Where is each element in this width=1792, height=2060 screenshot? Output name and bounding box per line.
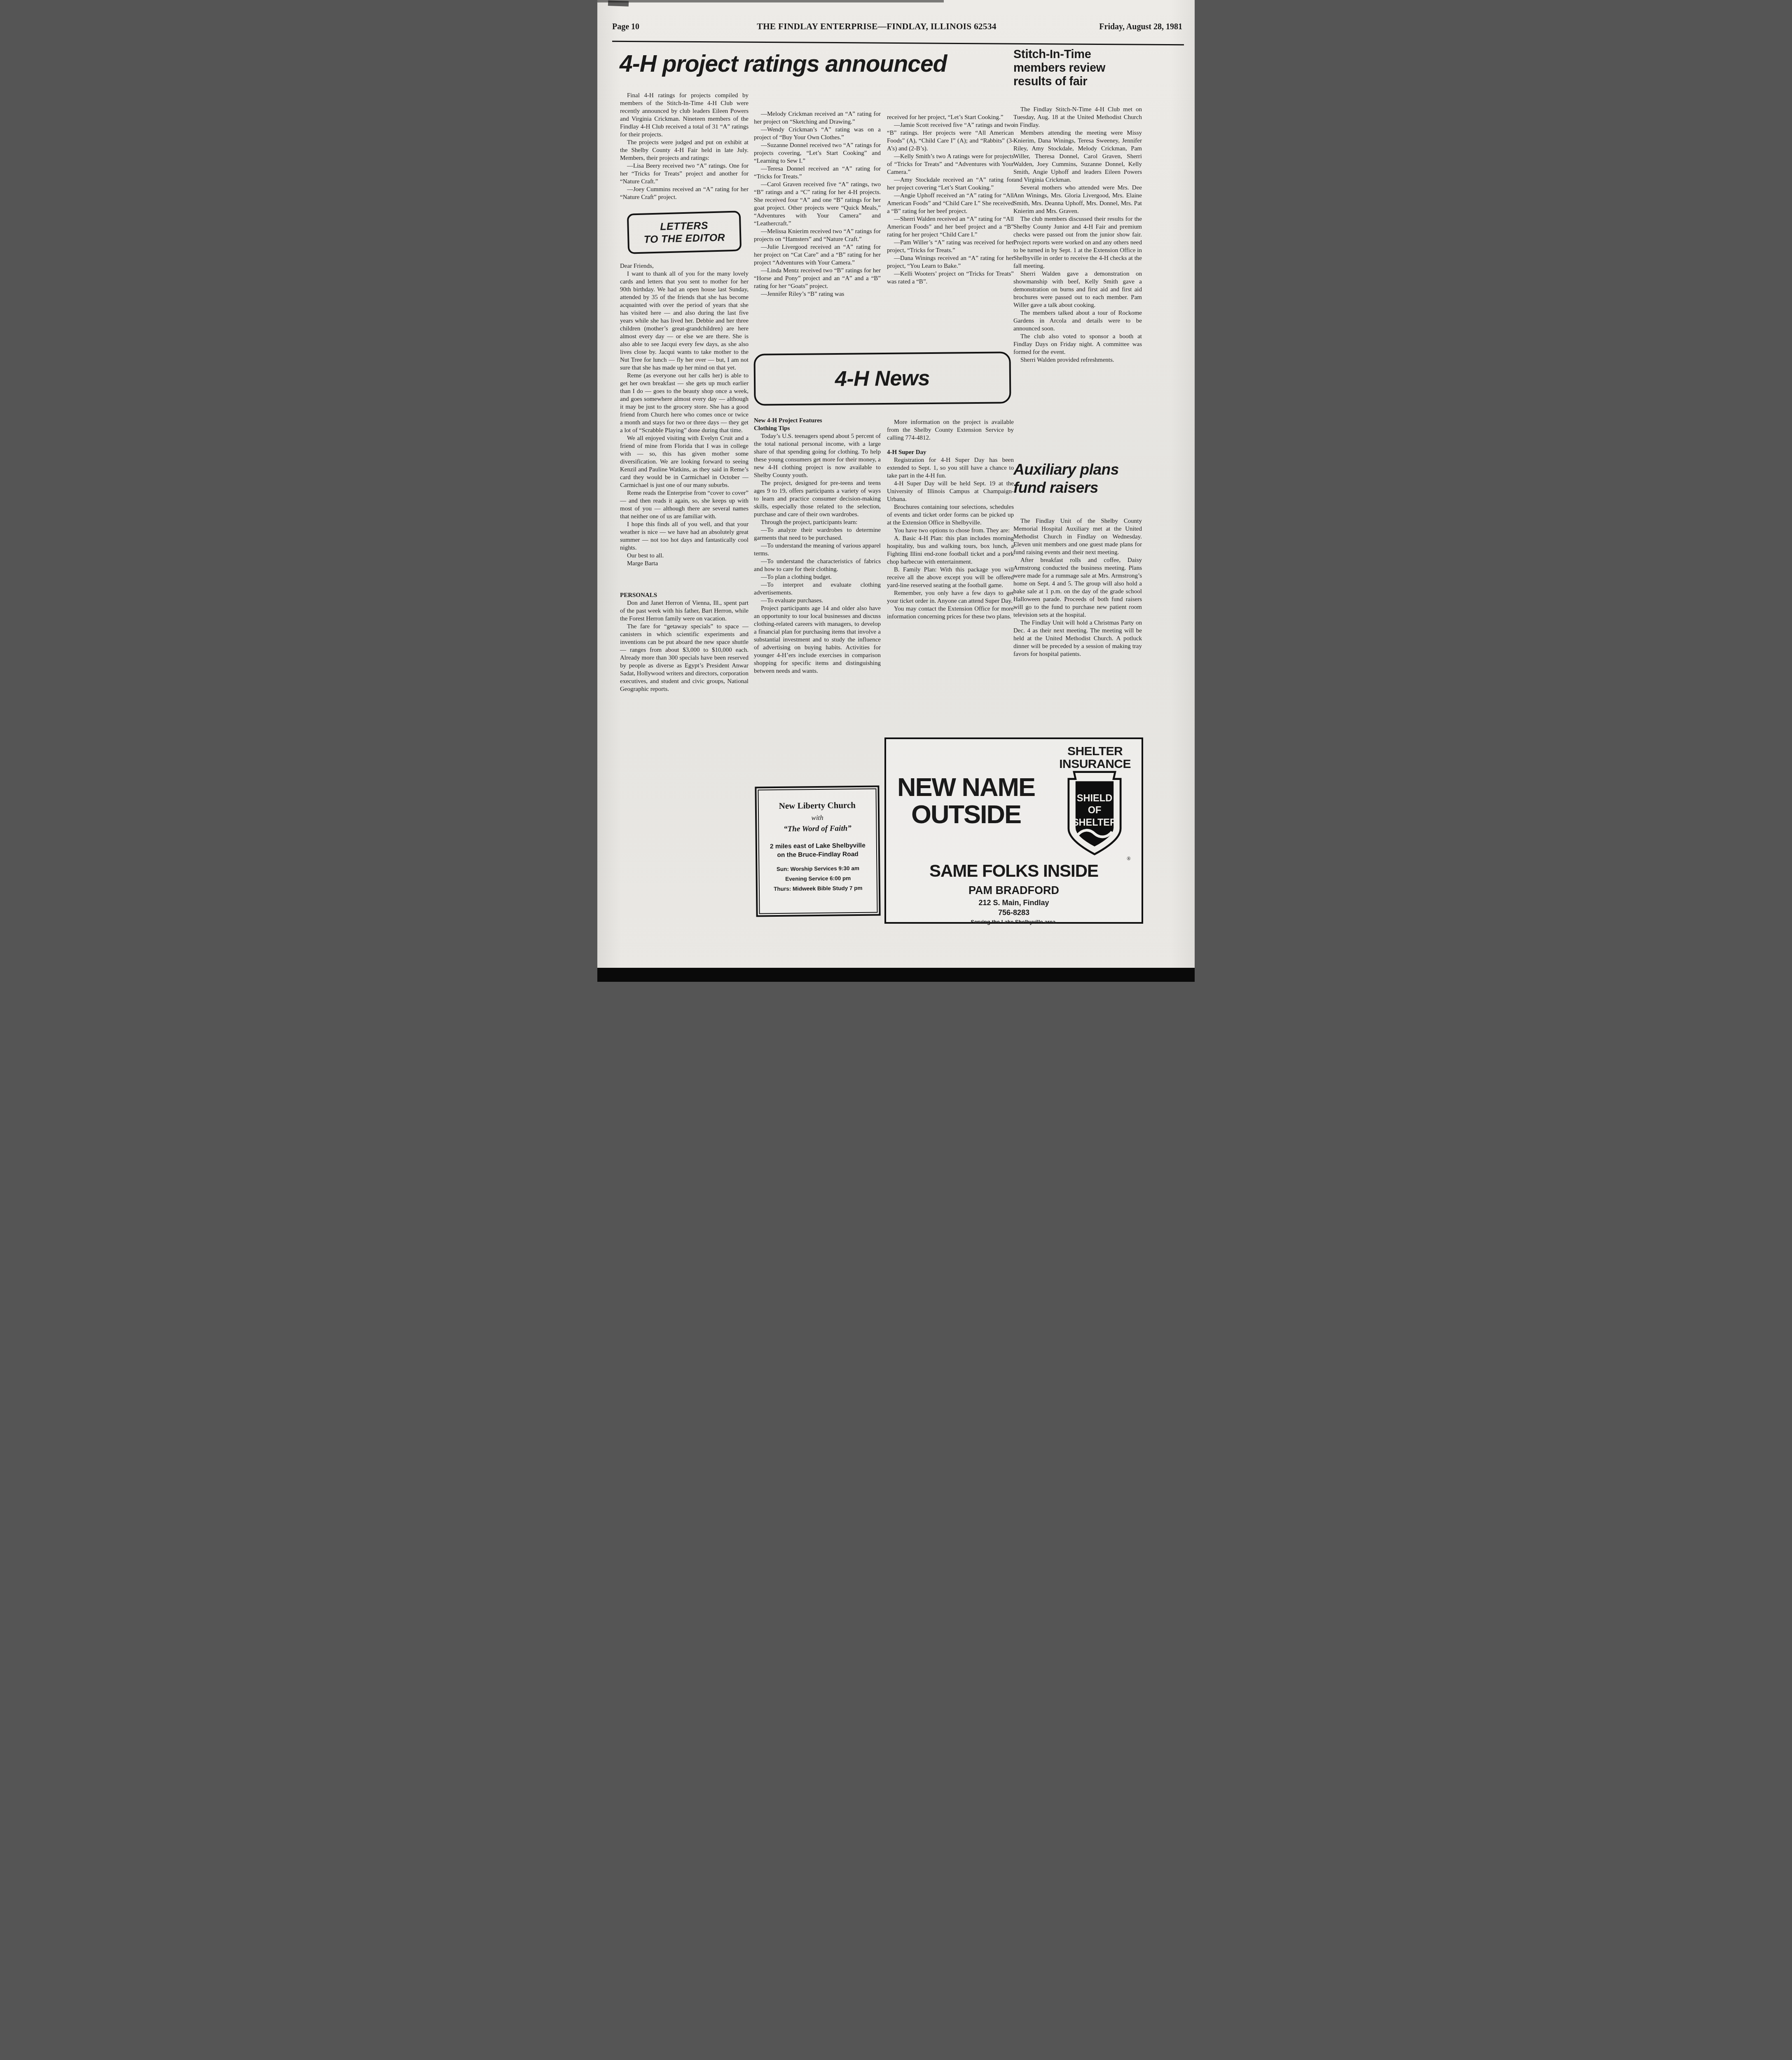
clothing-paragraph: The project, designed for pre-teens and … [754,480,881,519]
header-rule [612,41,1184,45]
letter-paragraph: I want to thank all of you for the many … [620,270,749,372]
fourh-news-box: 4-H News [753,351,1011,405]
ratings-paragraph: The projects were judged and put on exhi… [620,139,749,162]
stitch-paragraph: Members attending the meeting were Missy… [1013,129,1142,184]
stitch-article-headline: Stitch-In-Time members review results of… [1013,48,1149,89]
shield-word-1: SHIELD [1077,793,1112,803]
letter-paragraph: We all enjoyed visiting with Evelyn Crui… [620,435,749,489]
ratings-item: —Teresa Donnel received an “A” rating fo… [754,165,881,181]
church-ad-tagline: “The Word of Faith” [763,824,872,834]
super-day-paragraph: Registration for 4-H Super Day has been … [887,456,1014,480]
super-day-paragraph: You have two options to chose from. They… [887,527,1014,535]
clothing-learn-item: —To evaluate purchases. [754,597,881,605]
church-ad-title: New Liberty Church [763,800,872,812]
letter-signature: Marge Barta [620,560,749,568]
clothing-learn-item: —To analyze their wardrobes to determine… [754,527,881,542]
church-schedule-item: Evening Service 6:00 pm [764,875,873,883]
ratings-item: —Kelly Smith’s two A ratings were for pr… [887,153,1014,176]
clothing-learn-item: —To plan a clothing budget. [754,574,881,581]
church-schedule-item: Thurs: Midweek Bible Study 7 pm [764,885,873,892]
ratings-item: —Amy Stockdale received an “A” rating fo… [887,176,1014,192]
ratings-item: —Suzanne Donnel received two “A” ratings… [754,142,881,165]
letter-salutation: Dear Friends, [620,262,749,270]
auxiliary-headline-line-2: fund raisers [1013,479,1149,497]
stitch-paragraph: Sherri Walden gave a demonstration on sh… [1013,270,1142,309]
page-date: Friday, August 28, 1981 [1075,22,1182,32]
shelter-phone: 756-8283 [886,908,1142,917]
shelter-agent-name: PAM BRADFORD [886,884,1142,897]
shelter-shield-logo-icon: SHIELD OF SHELTER [1063,770,1126,857]
ratings-item: —Jamie Scott received five “A” ratings a… [887,122,1014,153]
church-ad-schedule: Sun: Worship Services 9:30 am Evening Se… [763,865,873,892]
super-day-paragraph: Brochures containing tour selections, sc… [887,503,1014,527]
more-info-paragraph: More information on the project is avail… [887,419,1014,442]
clothing-paragraph: Today’s U.S. teenagers spend about 5 per… [754,433,881,480]
ratings-item: —Melody Crickman received an “A” rating … [754,110,881,126]
shelter-ad-details: SAME FOLKS INSIDE PAM BRADFORD 212 S. Ma… [886,861,1142,925]
clothing-paragraph: Through the project, participants learn: [754,519,881,527]
main-headline: 4-H project ratings announced [620,50,1003,77]
auxiliary-headline: Auxiliary plans fund raisers [1013,461,1149,497]
ratings-item: —Sherri Walden received an “A” rating fo… [887,215,1014,239]
church-location-line-2: on the Bruce-Findlay Road [763,850,872,860]
scan-artifact-corner [608,0,629,7]
church-ad: New Liberty Church with “The Word of Fai… [755,785,880,917]
shelter-tagline: Serving the Lake Shelbyville area. [886,919,1142,925]
auxiliary-paragraph: The Findlay Unit of the Shelby County Me… [1013,517,1142,557]
letter-closing: Our best to all. [620,552,749,560]
church-schedule-item: Sun: Worship Services 9:30 am [763,865,872,873]
page-header: Page 10 THE FINDLAY ENTERPRISE—FINDLAY, … [612,21,1182,32]
personals-heading: PERSONALS [620,592,749,599]
ratings-paragraph: Final 4-H ratings for projects compiled … [620,92,749,139]
shield-word-2: OF [1088,805,1102,815]
stitch-paragraph: Several mothers who attended were Mrs. D… [1013,184,1142,215]
column-4-stitch-article: The Findlay Stitch-N-Time 4-H Club met o… [1013,106,1142,364]
auxiliary-paragraph: The Findlay Unit will hold a Christmas P… [1013,619,1142,658]
scan-artifact-bottom [597,968,1195,982]
auxiliary-headline-line-1: Auxiliary plans [1013,461,1149,479]
shelter-headline-line-2: OUTSIDE [889,801,1043,828]
letters-box-line-1: LETTERS [660,219,708,233]
masthead-title: THE FINDLAY ENTERPRISE—FINDLAY, ILLINOIS… [678,21,1075,32]
stitch-headline-line-3: results of fair [1013,75,1149,89]
ratings-item: —Kelli Wooters’ project on “Tricks for T… [887,270,1014,286]
super-day-section: More information on the project is avail… [887,419,1014,621]
super-day-paragraph: 4-H Super Day will be held Sept. 19 at t… [887,480,1014,503]
super-day-paragraph: You may contact the Extension Office for… [887,605,1014,621]
auxiliary-paragraph: After breakfast rolls and coffee, Daisy … [1013,557,1142,619]
ratings-item: —Joey Cummins received an “A” rating for… [620,186,749,201]
church-location-line-1: 2 miles east of Lake Shelbyville [763,841,872,851]
super-day-paragraph: B. Family Plan: With this package you wi… [887,566,1014,590]
church-ad-subtitle: with [763,813,872,823]
clothing-learn-item: —To understand the meaning of various ap… [754,542,881,558]
scan-artifact-top [597,0,944,2]
super-day-paragraph: Remember, you only have a few days to ge… [887,590,1014,605]
column-1: Final 4-H ratings for projects compiled … [620,92,749,693]
ratings-item: —Angie Uphoff received an “A” rating for… [887,192,1014,215]
ratings-item: —Julie Livergood received an “A” rating … [754,243,881,267]
super-day-heading: 4-H Super Day [887,449,1014,456]
shelter-subheadline: SAME FOLKS INSIDE [886,861,1142,881]
letters-box-line-2: TO THE EDITOR [643,231,725,246]
stitch-paragraph: Sherri Walden provided refreshments. [1013,356,1142,364]
ratings-item: —Lisa Beery received two “A” ratings. On… [620,162,749,186]
ratings-item-continuation: received for her project, “Let’s Start C… [887,114,1014,122]
shelter-ad-headline: NEW NAME OUTSIDE [889,774,1043,828]
space-shuttle-note: The fare for “getaway specials” to space… [620,623,749,693]
shelter-headline-line-1: NEW NAME [889,774,1043,801]
ratings-item: —Dana Winings received an “A” rating for… [887,255,1014,270]
stitch-headline-line-2: members review [1013,61,1149,75]
ratings-item: —Linda Mentz received two “B” ratings fo… [754,267,881,290]
church-ad-location: 2 miles east of Lake Shelbyville on the … [763,841,872,860]
auxiliary-article: The Findlay Unit of the Shelby County Me… [1013,517,1142,658]
page-number: Page 10 [612,22,678,32]
shelter-insurance-ad: SHELTER INSURANCE SHIELD OF SHELTER ® NE… [884,737,1143,924]
shelter-brand-line-2: INSURANCE [1059,758,1131,770]
ratings-item: —Jennifer Riley’s “B” rating was [754,290,881,298]
clothing-tips-section: New 4-H Project Features Clothing Tips T… [754,417,881,675]
ratings-item: —Pam Willer’s “A” rating was received fo… [887,239,1014,255]
column-3: received for her project, “Let’s Start C… [887,114,1014,286]
personals-paragraph: Don and Janet Herron of Vienna, Ill., sp… [620,599,749,623]
fourh-news-title: 4-H News [835,366,930,391]
stitch-paragraph: The club also voted to sponsor a booth a… [1013,333,1142,356]
clothing-outro: Project participants age 14 and older al… [754,605,881,675]
clothing-learn-item: —To understand the characteristics of fa… [754,558,881,574]
shelter-brand-line-1: SHELTER [1059,745,1131,758]
clothing-heading-line-2: Clothing Tips [754,425,881,433]
super-day-paragraph: A. Basic 4-H Plan: this plan includes mo… [887,535,1014,566]
letter-paragraph: I hope this finds all of you well, and t… [620,521,749,552]
shield-word-3: SHELTER [1072,817,1117,828]
church-ad-inner-border: New Liberty Church with “The Word of Fai… [758,789,877,914]
newspaper-page: Page 10 THE FINDLAY ENTERPRISE—FINDLAY, … [597,0,1195,982]
stitch-paragraph: The members talked about a tour of Rocko… [1013,309,1142,333]
letters-to-editor-box: LETTERS TO THE EDITOR [627,211,742,254]
shelter-address: 212 S. Main, Findlay [886,899,1142,907]
letter-paragraph: Reme (as everyone out her calls her) is … [620,372,749,435]
ratings-item: —Carol Graven received five “A” ratings,… [754,181,881,228]
shelter-brand-name: SHELTER INSURANCE [1059,745,1131,770]
stitch-paragraph: The club members discussed their results… [1013,215,1142,270]
ratings-item: —Melissa Knierim received two “A” rating… [754,228,881,243]
stitch-paragraph: The Findlay Stitch-N-Time 4-H Club met o… [1013,106,1142,129]
stitch-headline-line-1: Stitch-In-Time [1013,48,1149,61]
letter-paragraph: Reme reads the Enterprise from “cover to… [620,489,749,521]
clothing-learn-item: —To interpret and evaluate clothing adve… [754,581,881,597]
clothing-heading-line-1: New 4-H Project Features [754,417,881,425]
ratings-item: —Wendy Crickman’s “A” rating was on a pr… [754,126,881,142]
column-2: —Melody Crickman received an “A” rating … [754,110,881,298]
